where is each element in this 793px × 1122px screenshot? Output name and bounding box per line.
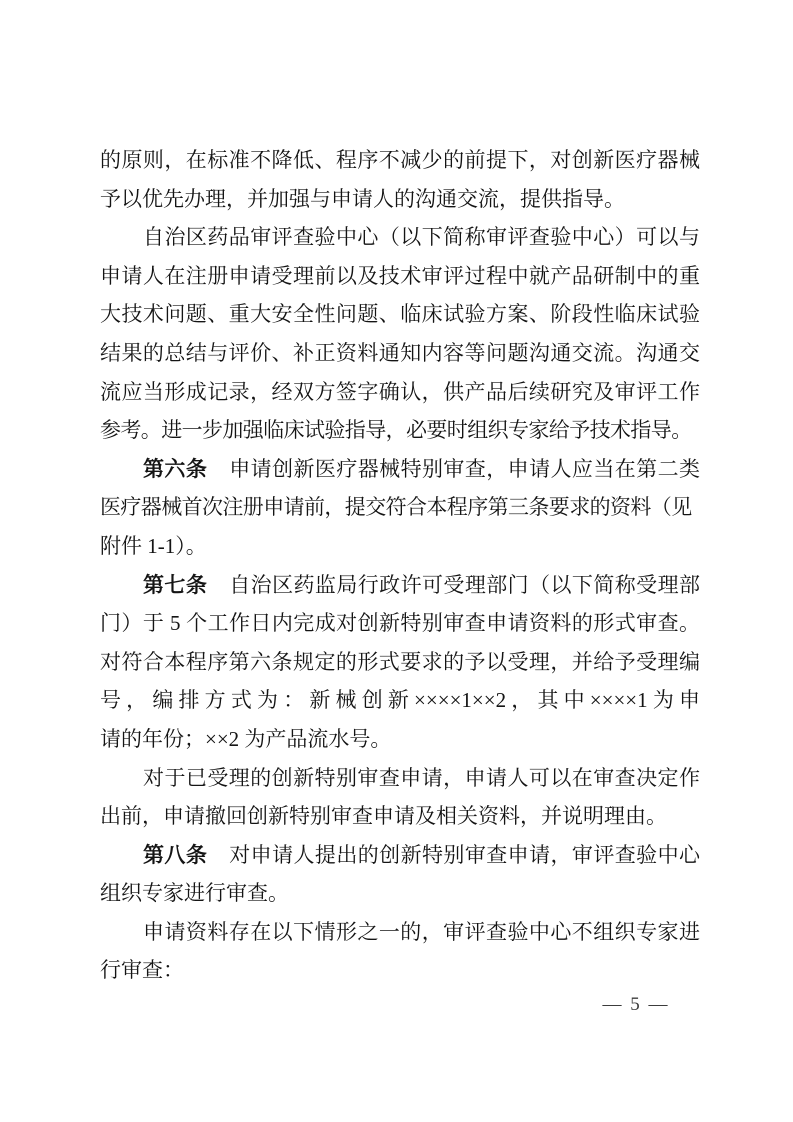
line-text: 对符合本程序第六条规定的形式要求的予以受理，并给予受理编 — [100, 650, 700, 674]
line-text: 行审查： — [100, 958, 184, 982]
text-line: 医疗器械首次注册申请前，提交符合本程序第三条要求的资料（见 — [100, 488, 700, 527]
line-text: 门）于 5 个工作日内完成对创新特别审查申请资料的形式审查。 — [100, 611, 700, 635]
line-text: 申请人在注册申请受理前以及技术审评过程中就产品研制中的重 — [100, 264, 700, 288]
page-footer: — 5 — — [536, 994, 736, 1016]
line-text: 组织专家进行审查。 — [100, 881, 289, 905]
text-line: 自治区药品审评查验中心（以下简称审评查验中心）可以与 — [100, 218, 700, 257]
line-text: 出前，申请撤回创新特别审查申请及相关资料，并说明理由。 — [100, 804, 667, 828]
text-line: 门）于 5 个工作日内完成对创新特别审查申请资料的形式审查。 — [100, 604, 700, 643]
text-line: 第六条申请创新医疗器械特别审查，申请人应当在第二类 — [100, 450, 700, 489]
text-line: 大技术问题、重大安全性问题、临床试验方案、阶段性临床试验 — [100, 295, 700, 334]
text-line: 的原则，在标准不降低、程序不减少的前提下，对创新医疗器械 — [100, 141, 700, 180]
article-number: 第七条 — [143, 574, 207, 597]
line-text: 对申请人提出的创新特别审查申请，审评查验中心 — [229, 843, 700, 867]
text-line: 第七条自治区药监局行政许可受理部门（以下简称受理部 — [100, 566, 700, 605]
text-line: 申请资料存在以下情形之一的，审评查验中心不组织专家进 — [100, 913, 700, 952]
line-text: 流应当形成记录，经双方签字确认，供产品后续研究及审评工作 — [100, 380, 700, 404]
page-number: — 5 — — [603, 994, 670, 1015]
text-line: 组织专家进行审查。 — [100, 874, 700, 913]
line-text: 大技术问题、重大安全性问题、临床试验方案、阶段性临床试验 — [100, 302, 700, 326]
text-line: 出前，申请撤回创新特别审查申请及相关资料，并说明理由。 — [100, 797, 700, 836]
line-text: 附件 1-1）。 — [100, 534, 207, 558]
text-line: 请的年份；××2 为产品流水号。 — [100, 720, 700, 759]
text-line: 行审查： — [100, 951, 700, 990]
text-line: 参考。进一步加强临床试验指导，必要时组织专家给予技术指导。 — [100, 411, 700, 450]
line-text: 自治区药品审评查验中心（以下简称审评查验中心）可以与 — [143, 225, 700, 249]
line-text: 医疗器械首次注册申请前，提交符合本程序第三条要求的资料（见 — [100, 495, 692, 519]
line-text: 请的年份；××2 为产品流水号。 — [100, 727, 391, 751]
line-text: 参考。进一步加强临床试验指导，必要时组织专家给予技术指导。 — [100, 418, 692, 442]
article-number: 第六条 — [143, 458, 207, 481]
text-block: 的原则，在标准不降低、程序不减少的前提下，对创新医疗器械 予以优先办理，并加强与… — [100, 141, 700, 990]
line-text: 申请资料存在以下情形之一的，审评查验中心不组织专家进 — [143, 920, 700, 944]
line-text: 自治区药监局行政许可受理部门（以下简称受理部 — [229, 573, 700, 597]
line-text: 予以优先办理，并加强与申请人的沟通交流，提供指导。 — [100, 187, 625, 211]
line-text: 申请创新医疗器械特别审查，申请人应当在第二类 — [229, 457, 700, 481]
text-line: 流应当形成记录，经双方签字确认，供产品后续研究及审评工作 — [100, 373, 700, 412]
text-line: 对于已受理的创新特别审查申请，申请人可以在审查决定作 — [100, 759, 700, 798]
text-line: 号，编排方式为：新械创新××××1××2，其中××××1为申 — [100, 681, 700, 720]
article-number: 第八条 — [143, 844, 207, 867]
document-page: 的原则，在标准不降低、程序不减少的前提下，对创新医疗器械 予以优先办理，并加强与… — [0, 0, 793, 1122]
text-line: 附件 1-1）。 — [100, 527, 700, 566]
line-text: 对于已受理的创新特别审查申请，申请人可以在审查决定作 — [143, 766, 700, 790]
line-text: 结果的总结与评价、补正资料通知内容等问题沟通交流。沟通交 — [100, 341, 700, 365]
text-line: 申请人在注册申请受理前以及技术审评过程中就产品研制中的重 — [100, 257, 700, 296]
line-text: 号，编排方式为：新械创新××××1××2，其中××××1为申 — [100, 688, 700, 712]
text-line: 予以优先办理，并加强与申请人的沟通交流，提供指导。 — [100, 180, 700, 219]
text-line: 结果的总结与评价、补正资料通知内容等问题沟通交流。沟通交 — [100, 334, 700, 373]
text-line: 第八条对申请人提出的创新特别审查申请，审评查验中心 — [100, 836, 700, 875]
text-line: 对符合本程序第六条规定的形式要求的予以受理，并给予受理编 — [100, 643, 700, 682]
line-text: 的原则，在标准不降低、程序不减少的前提下，对创新医疗器械 — [100, 148, 700, 172]
